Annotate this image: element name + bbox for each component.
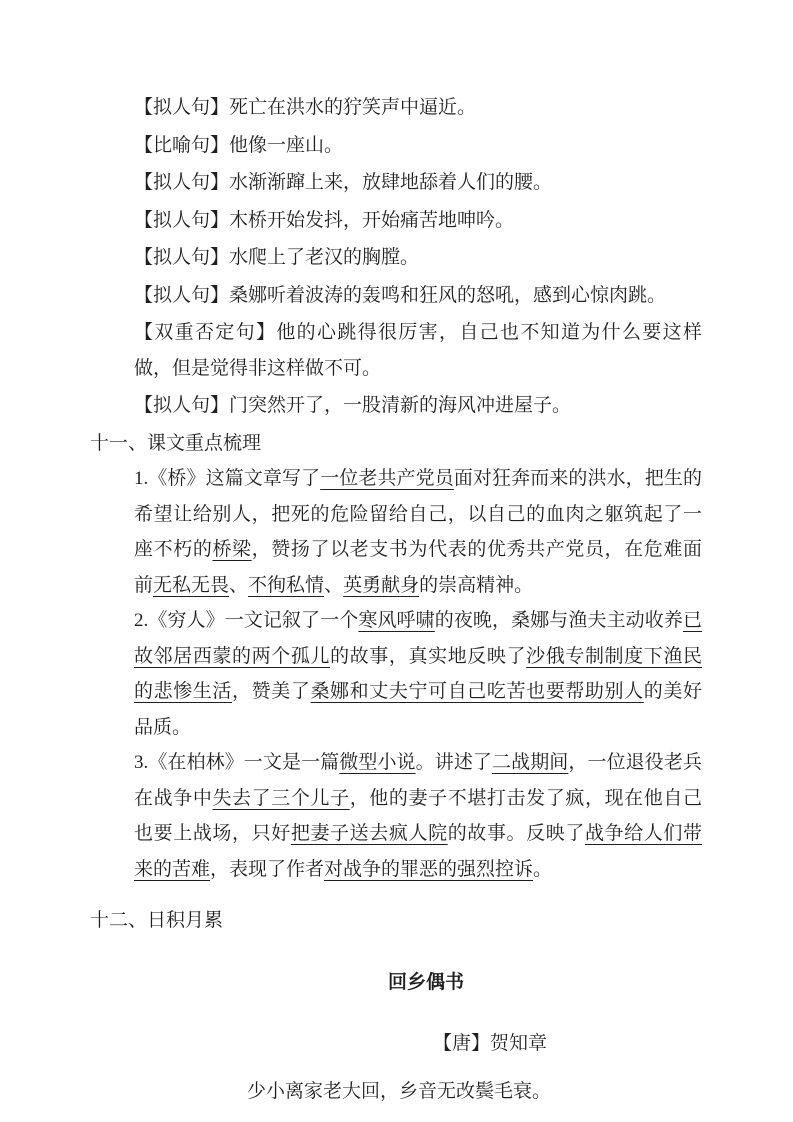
underlined-phrase: 桑娜和丈夫宁可自己吃苦也要帮助别人: [310, 681, 643, 702]
poem-author: 【唐】贺知章: [90, 1026, 702, 1062]
underlined-phrase: 一位老共产党员: [320, 468, 454, 489]
sentence-tag: 【拟人句】: [134, 285, 229, 306]
sentence-item: 【拟人句】水渐渐蹿上来，放肆地舔着人们的腰。: [134, 165, 702, 201]
summary-item-bridge: 1.《桥》这篇文章写了一位老共产党员面对狂奔而来的洪水，把生的希望让给别人，把死…: [134, 461, 702, 603]
underlined-phrase: 对战争的罪恶的强烈控诉: [324, 859, 533, 880]
sentence-tag: 【拟人句】: [134, 97, 229, 118]
sentence-text: 木桥开始发抖，开始痛苦地呻吟。: [229, 210, 514, 231]
text-run: 的故事，真实地反映了: [330, 646, 526, 667]
sentence-tag: 【拟人句】: [134, 172, 229, 193]
text-run: 。讲述了: [416, 752, 492, 773]
summary-item-in-berlin: 3.《在柏林》一文是一篇微型小说。讲述了二战期间，一位退役老兵在战争中失去了三个…: [134, 745, 702, 887]
underlined-phrase: 无私无畏: [153, 575, 229, 596]
sentence-item: 【拟人句】死亡在洪水的狞笑声中逼近。: [134, 90, 702, 126]
sentence-item: 【拟人句】桑娜听着波涛的轰鸣和狂风的怒吼，感到心惊肉跳。: [134, 278, 702, 314]
underlined-phrase: 二战期间: [492, 752, 568, 773]
sentence-text: 门突然开了，一股清新的海风冲进屋子。: [229, 395, 571, 416]
document-page: 【拟人句】死亡在洪水的狞笑声中逼近。 【比喻句】他像一座山。 【拟人句】水渐渐蹿…: [0, 0, 793, 1122]
text-run: 。: [533, 859, 552, 880]
underlined-phrase: 英勇献身: [343, 575, 419, 596]
underlined-phrase: 失去了三个儿子: [212, 788, 349, 809]
poem-title: 回乡偶书: [90, 965, 702, 1001]
poem-line: 少小离家老大回，乡音无改鬓毛衰。: [90, 1074, 702, 1110]
sentence-text: 水爬上了老汉的胸膛。: [229, 247, 419, 268]
text-run: 2.《穷人》一文记叙了一个: [134, 610, 358, 631]
summary-item-poor-people: 2.《穷人》一文记叙了一个寒风呼啸的夜晚，桑娜与渔夫主动收养已故邻居西蒙的两个孤…: [134, 603, 702, 745]
sentence-tag: 【比喻句】: [134, 135, 229, 156]
section-heading-12: 十二、日积月累: [90, 903, 702, 939]
underlined-phrase: 寒风呼啸: [358, 610, 434, 631]
text-run: 的崇高精神。: [419, 575, 533, 596]
sentence-text: 桑娜听着波涛的轰鸣和狂风的怒吼，感到心惊肉跳。: [229, 285, 666, 306]
text-run: ，赞美了: [232, 681, 310, 702]
poem-block: 回乡偶书 【唐】贺知章 少小离家老大回，乡音无改鬓毛衰。: [90, 965, 702, 1110]
sentence-text: 水渐渐蹿上来，放肆地舔着人们的腰。: [229, 172, 552, 193]
text-run: ，表现了作者: [210, 859, 324, 880]
text-run: 3.《在柏林》一文是一篇: [134, 752, 339, 773]
text-run: 的夜晚，桑娜与渔夫主动收养: [435, 610, 683, 631]
underlined-phrase: 微型小说: [339, 752, 415, 773]
sentence-list: 【拟人句】死亡在洪水的狞笑声中逼近。 【比喻句】他像一座山。 【拟人句】水渐渐蹿…: [90, 90, 702, 424]
underlined-phrase: 桥梁: [212, 539, 251, 560]
sentence-tag: 【拟人句】: [134, 395, 229, 416]
sentence-item: 【双重否定句】他的心跳得很厉害，自己也不知道为什么要这样做，但是觉得非这样做不可…: [134, 315, 702, 386]
sentence-tag: 【双重否定句】: [134, 322, 276, 343]
underlined-phrase: 把妻子送去疯人院: [291, 823, 448, 844]
underlined-phrase: 不徇私情: [248, 575, 324, 596]
sentence-item: 【拟人句】门突然开了，一股清新的海风冲进屋子。: [134, 388, 702, 424]
sentence-item: 【拟人句】水爬上了老汉的胸膛。: [134, 240, 702, 276]
text-run: 的故事。反映了: [448, 823, 585, 844]
section-heading-11: 十一、课文重点梳理: [90, 426, 702, 462]
sentence-text: 他像一座山。: [229, 135, 343, 156]
sentence-tag: 【拟人句】: [134, 247, 229, 268]
text-run: 、: [229, 575, 248, 596]
course-summary-list: 1.《桥》这篇文章写了一位老共产党员面对狂奔而来的洪水，把生的希望让给别人，把死…: [90, 461, 702, 887]
text-run: 1.《桥》这篇文章写了: [134, 468, 320, 489]
content-area: 【拟人句】死亡在洪水的狞笑声中逼近。 【比喻句】他像一座山。 【拟人句】水渐渐蹿…: [0, 0, 793, 1109]
text-run: 、: [324, 575, 343, 596]
sentence-item: 【比喻句】他像一座山。: [134, 128, 702, 164]
sentence-item: 【拟人句】木桥开始发抖，开始痛苦地呻吟。: [134, 203, 702, 239]
sentence-tag: 【拟人句】: [134, 210, 229, 231]
sentence-text: 死亡在洪水的狞笑声中逼近。: [229, 97, 476, 118]
